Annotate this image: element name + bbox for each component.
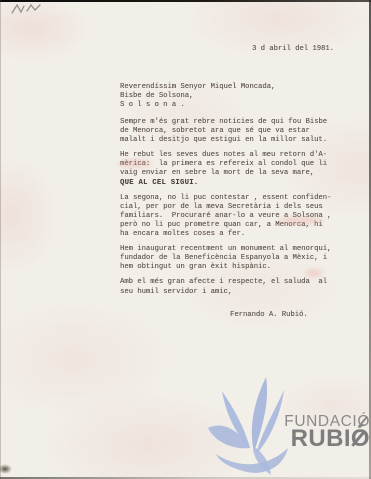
scan-smudge [118,159,152,168]
address-line-1: Reverendíssim Senyor Miquel Moncada, [120,83,275,92]
scanned-letter-page: 3 d abril del 1981. Reverendíssim Senyor… [0,0,371,479]
scan-smudge [278,216,324,225]
paragraph-5-closing: Amb el més gran afecte i respecte, el sa… [120,278,345,296]
scan-edge-top [0,0,371,2]
signature: Fernando A. Rubió. [230,311,308,320]
corner-smudge [0,464,12,474]
paragraph-2-text: He rebut les seves dues notes al meu ret… [120,151,345,178]
scan-edge-left [0,0,1,479]
address-line-3: S o l s o n a . [120,101,275,110]
letter-date: 3 d abril del 1981. [252,45,334,54]
address-line-2: Bisbe de Solsona, [120,92,275,101]
paragraph-1: Sempre m'és grat rebre notícies de qui f… [120,118,345,145]
scan-smudge [306,269,322,277]
paragraph-2: He rebut les seves dues notes al meu ret… [120,151,345,187]
foundation-watermark: FUNDACIÓ RUBIÓ [278,415,370,449]
pencil-annotation-icon [10,2,44,16]
recipient-address: Reverendíssim Senyor Miquel Moncada, Bis… [120,83,275,110]
paragraph-2-emphasis: QUE AL CEL SIGUI. [120,179,345,188]
